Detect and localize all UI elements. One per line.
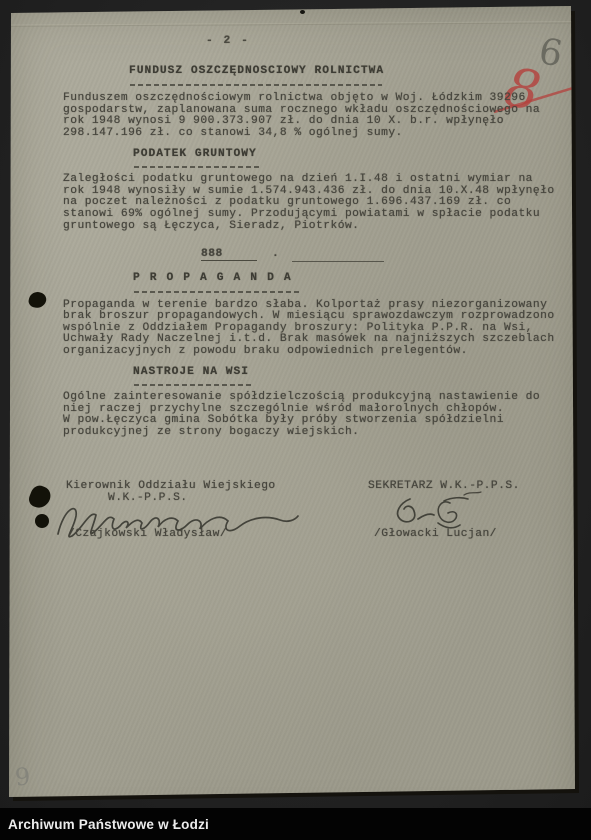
scanned-document-page: - 2 - 6 8 FUNDUSZ OSZCZĘDNOSCIOWY ROLNIC… [0,0,591,840]
signature-left-title: Kierownik Oddziału Wiejskiego [66,481,276,493]
archive-footer-bar: Archiwum Państwowe w Łodzi [0,808,591,840]
signature-left-name: /Czajkowski Władysław/ [68,529,227,541]
body-line: 298.147.196 zł. co stanowi 34,8 % ogólne… [63,128,403,140]
heading-underline [130,84,382,86]
section-heading: P R O P A G A N D A [133,273,292,285]
archive-label: Archiwum Państwowe w Łodzi [8,817,209,832]
body-line: Funduszem oszczędnościowym rolnictwa obj… [63,93,526,105]
signature-right-name: /Głowacki Lucjan/ [374,529,497,541]
body-line: gruntowego są Łęczyca, Sieradz, Piotrków… [63,221,359,233]
paper-speck [300,10,305,14]
signature-glowacki-scrawl [388,489,488,531]
separator-line [292,261,384,262]
heading-underline [134,384,252,386]
heading-underline [134,291,302,293]
document-paper: - 2 - 6 8 FUNDUSZ OSZCZĘDNOSCIOWY ROLNIC… [0,0,591,840]
body-line: na poczet należności z podatku gruntoweg… [63,197,511,209]
body-line: organizacyjnych z powodu braku odpowiedn… [63,346,468,358]
body-line: Zaległości podatku gruntowego na dzień 1… [63,174,533,186]
body-line: W pow.Łęczyca gmina Sobótka były próby s… [63,415,504,427]
section-heading: FUNDUSZ OSZCZĘDNOSCIOWY ROLNICTWA [129,66,384,78]
section-heading: PODATEK GRUNTOWY [133,149,257,161]
body-line: rok 1948 wynosi 9 900.373.907 zł. do dni… [63,116,504,128]
body-line: Uchwały Rady Naczelnej i.t.d. Brak masów… [63,334,555,346]
heading-underline [134,166,261,168]
ink-blot [35,514,49,528]
body-line: brak broszur propagandowych. W miesiącu … [63,311,555,323]
page-number: - 2 - [206,36,250,48]
section-heading: NASTROJE NA WSI [133,367,249,379]
separator-number: 888 [201,248,257,261]
ink-blot [27,483,54,511]
body-line: Ogólne zainteresowanie spółdzielczością … [63,392,540,404]
separator-dot: . [272,249,279,261]
ink-blot [27,290,48,310]
body-line: stanowi 69% ogólnej sumy. Przodującymi p… [63,209,540,221]
pencil-page-mark: 9 [14,762,32,791]
body-line: produkcyjnej ze strony bogaczy wiejskich… [63,427,359,439]
